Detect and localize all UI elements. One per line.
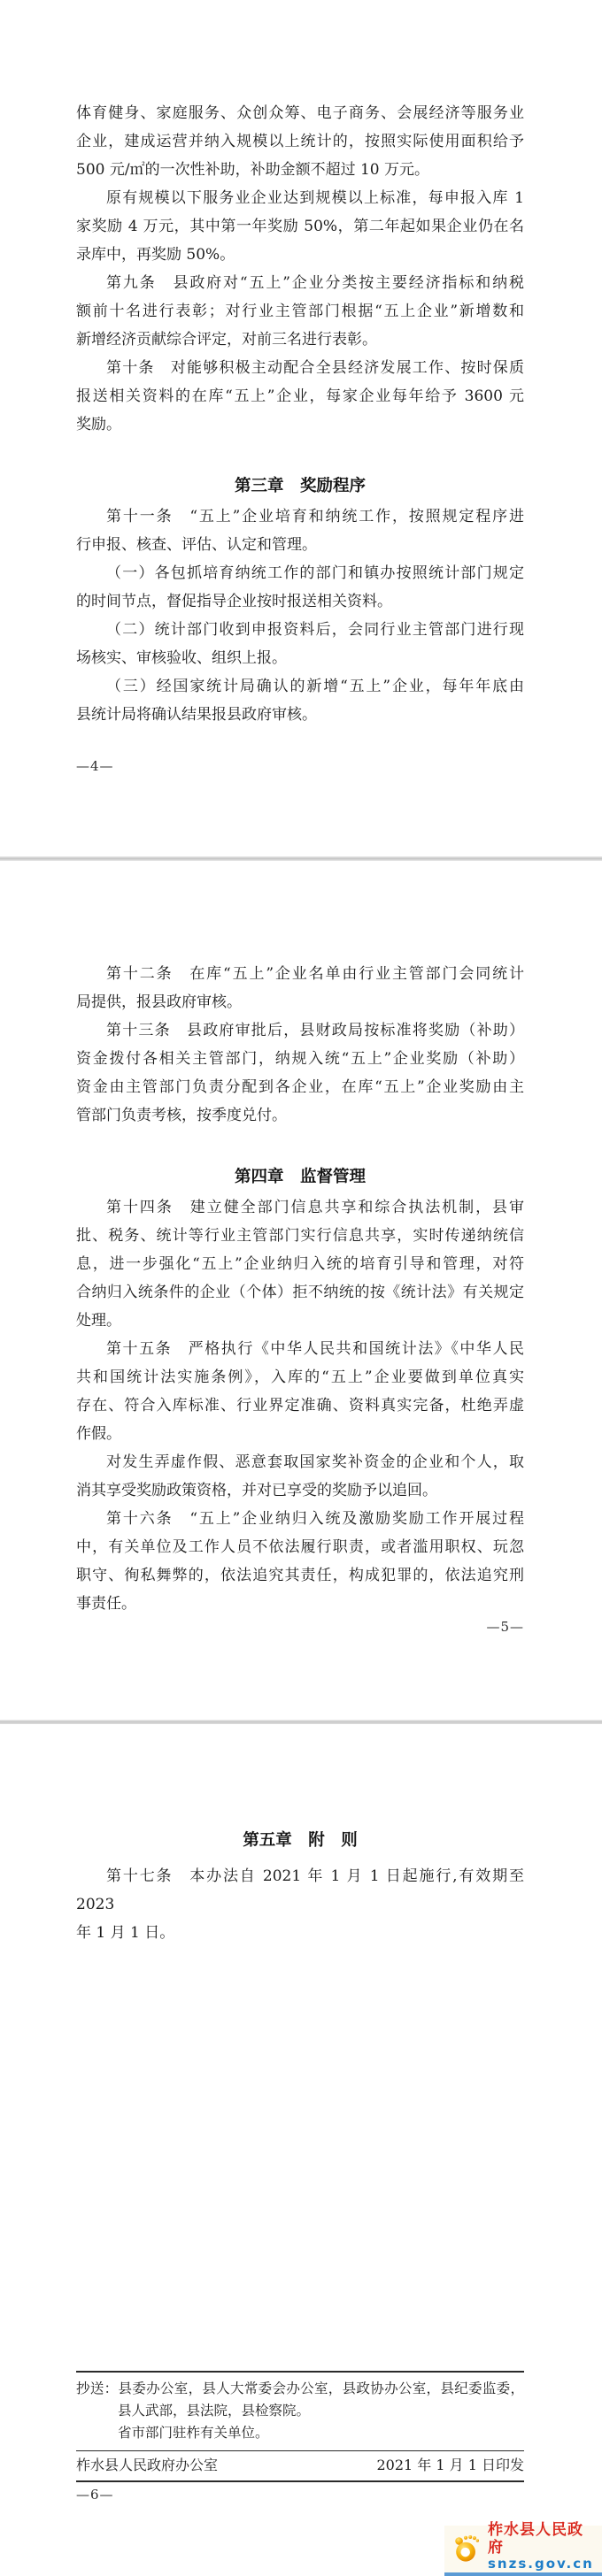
page-number: —5— (486, 1619, 524, 1635)
text-line: 对发生弄虚作假、恶意套取国家奖补资金的企业和个人，取 (76, 1448, 524, 1476)
colophon: 抄送：县委办公室，县人大常委会办公室，县政协办公室，县纪委监委， 县人武部，县法… (76, 2371, 524, 2482)
text-line: 家奖励 4 万元，其中第一年奖励 50%，第二年起如果企业仍在名 (76, 212, 524, 241)
text-line: 新增经济贡献综合评定，对前三名进行表彰。 (76, 326, 524, 354)
chapter-heading: 第五章 附 则 (76, 1827, 524, 1855)
text-line: 存在、符合入库标准、行业界定准确、资料真实完备，杜绝弄虚 (76, 1391, 524, 1420)
cc-block: 抄送：县委办公室，县人大常委会办公室，县政协办公室，县纪委监委， 县人武部，县法… (76, 2373, 524, 2451)
text-line: 体育健身、家庭服务、众创众筹、电子商务、会展经济等服务业 (76, 99, 524, 127)
text-line: 第十四条 建立健全部门信息共享和综合执法机制，县审 (76, 1193, 524, 1222)
text-line: （二）统计部门收到申报资料后，会同行业主管部门进行现 (76, 616, 524, 644)
site-logo[interactable]: 柞水县人民政府 snzs.gov.cn (444, 2526, 602, 2576)
text-line: 第十三条 县政府审批后，县财政局按标准将奖励（补助） (76, 1016, 524, 1045)
text-line: 合纳归入统条件的企业（个体）拒不纳统的按《统计法》有关规定 (76, 1278, 524, 1307)
text-line: （一）各包抓培育纳统工作的部门和镇办按照统计部门规定 (76, 559, 524, 587)
text-line: 第十五条 严格执行《中华人民共和国统计法》《中华人民 (76, 1335, 524, 1363)
text-line: 第十七条 本办法自 2021 年 1 月 1 日起施行,有效期至 2023 (76, 1862, 524, 1919)
site-name: 柞水县人民政府 (488, 2522, 597, 2557)
cc-recipients-2: 县人武部，县法院，县检察院。 (76, 2400, 524, 2422)
document-page-6: 第五章 附 则第十七条 本办法自 2021 年 1 月 1 日起施行,有效期至 … (0, 1724, 602, 2576)
chapter-heading: 第四章 监督管理 (76, 1163, 524, 1192)
text-line: 第九条 县政府对“五上”企业分类按主要经济指标和纳税 (76, 269, 524, 297)
text-line: 第十条 对能够积极主动配合全县经济发展工作、按时保质 (76, 354, 524, 382)
text-line: 资金由主管部门负责分配到各企业，在库“五上”企业奖励由主 (76, 1073, 524, 1101)
logo-text: 柞水县人民政府 snzs.gov.cn (488, 2522, 597, 2572)
text-line: 第十二条 在库“五上”企业名单由行业主管部门会同统计 (76, 960, 524, 988)
cc-label: 抄送： (76, 2380, 118, 2396)
print-date: 2021 年 1 月 1 日印发 (376, 2455, 524, 2476)
chapter-heading: 第三章 奖励程序 (76, 472, 524, 501)
issuer-row: 柞水县人民政府办公室 2021 年 1 月 1 日印发 (76, 2451, 524, 2482)
cc-recipients-3: 省市部门驻柞有关单位。 (76, 2422, 524, 2444)
text-line: 批、税务、统计等行业主管部门实行信息共享，实时传递纳统信 (76, 1222, 524, 1250)
page-number: —6— (76, 2487, 114, 2503)
text-line: （三）经国家统计局确认的新增“五上”企业，每年年底由 (76, 672, 524, 701)
document-viewer: 体育健身、家庭服务、众创众筹、电子商务、会展经济等服务业企业，建成运营并纳入规模… (0, 0, 602, 2576)
text-line: 职守、徇私舞弊的，依法追究其责任，构成犯罪的，依法追究刑 (76, 1561, 524, 1590)
text-line: 第十一条 “五上”企业培育和纳统工作，按照规定程序进 (76, 502, 524, 531)
site-url: snzs.gov.cn (488, 2557, 597, 2572)
text-line: 企业，建成运营并纳入规模以上统计的，按照实际使用面积给予 (76, 127, 524, 156)
page-text: 第五章 附 则第十七条 本办法自 2021 年 1 月 1 日起施行,有效期至 … (76, 1823, 524, 1947)
cc-recipients-1: 县委办公室，县人大常委会办公室，县政协办公室，县纪委监委， (118, 2380, 524, 2396)
text-line: 报送相关资料的在库“五上”企业，每家企业每年给予 3600 元 (76, 382, 524, 410)
page-text: 第十二条 在库“五上”企业名单由行业主管部门会同统计局提供，报县政府审核。第十三… (76, 960, 524, 1618)
document-page-5: 第十二条 在库“五上”企业名单由行业主管部门会同统计局提供，报县政府审核。第十三… (0, 861, 602, 1720)
text-line: 息，进一步强化“五上”企业纳归入统的培育引导和管理，对符 (76, 1250, 524, 1278)
text-line: 资金拨付各相关主管部门，纳规入统“五上”企业奖励（补助） (76, 1045, 524, 1073)
text-line: 年 1 月 1 日。 (76, 1919, 524, 1947)
text-line: 管部门负责考核，按季度兑付。 (76, 1101, 524, 1130)
text-line: 作假。 (76, 1420, 524, 1448)
text-line: 中，有关单位及工作人员不依法履行职责，或者滥用职权、玩忽 (76, 1533, 524, 1561)
page-number: —4— (76, 758, 114, 774)
text-line: 录库中，再奖励 50%。 (76, 241, 524, 269)
issuing-office: 柞水县人民政府办公室 (76, 2455, 218, 2476)
page-text: 体育健身、家庭服务、众创众筹、电子商务、会展经济等服务业企业，建成运营并纳入规模… (76, 99, 524, 729)
text-line: 县统计局将确认结果报县政府审核。 (76, 701, 524, 729)
text-line: 原有规模以下服务业企业达到规模以上标准，每申报入库 1 (76, 184, 524, 212)
text-line: 500 元/㎡的一次性补助，补助金额不超过 10 万元。 (76, 156, 524, 184)
text-line: 第十六条 “五上”企业纳归入统及激励奖励工作开展过程 (76, 1505, 524, 1533)
cc-line: 抄送：县委办公室，县人大常委会办公室，县政协办公室，县纪委监委， (76, 2378, 524, 2400)
text-line: 处理。 (76, 1307, 524, 1335)
text-line: 共和国统计法实施条例》，入库的“五上”企业要做到单位真实 (76, 1363, 524, 1391)
text-line: 局提供，报县政府审核。 (76, 988, 524, 1016)
text-line: 行申报、核查、评估、认定和管理。 (76, 531, 524, 559)
text-line: 的时间节点，督促指导企业按时报送相关资料。 (76, 587, 524, 616)
text-line: 奖励。 (76, 410, 524, 439)
text-line: 场核实、审核验收、组织上报。 (76, 644, 524, 672)
document-page-4: 体育健身、家庭服务、众创众筹、电子商务、会展经济等服务业企业，建成运营并纳入规模… (0, 0, 602, 856)
footprint-icon (453, 2533, 480, 2563)
text-line: 消其享受奖励政策资格，并对已享受的奖励予以追回。 (76, 1476, 524, 1505)
text-line: 事责任。 (76, 1590, 524, 1618)
text-line: 额前十名进行表彰；对行业主管部门根据“五上企业”新增数和 (76, 297, 524, 326)
